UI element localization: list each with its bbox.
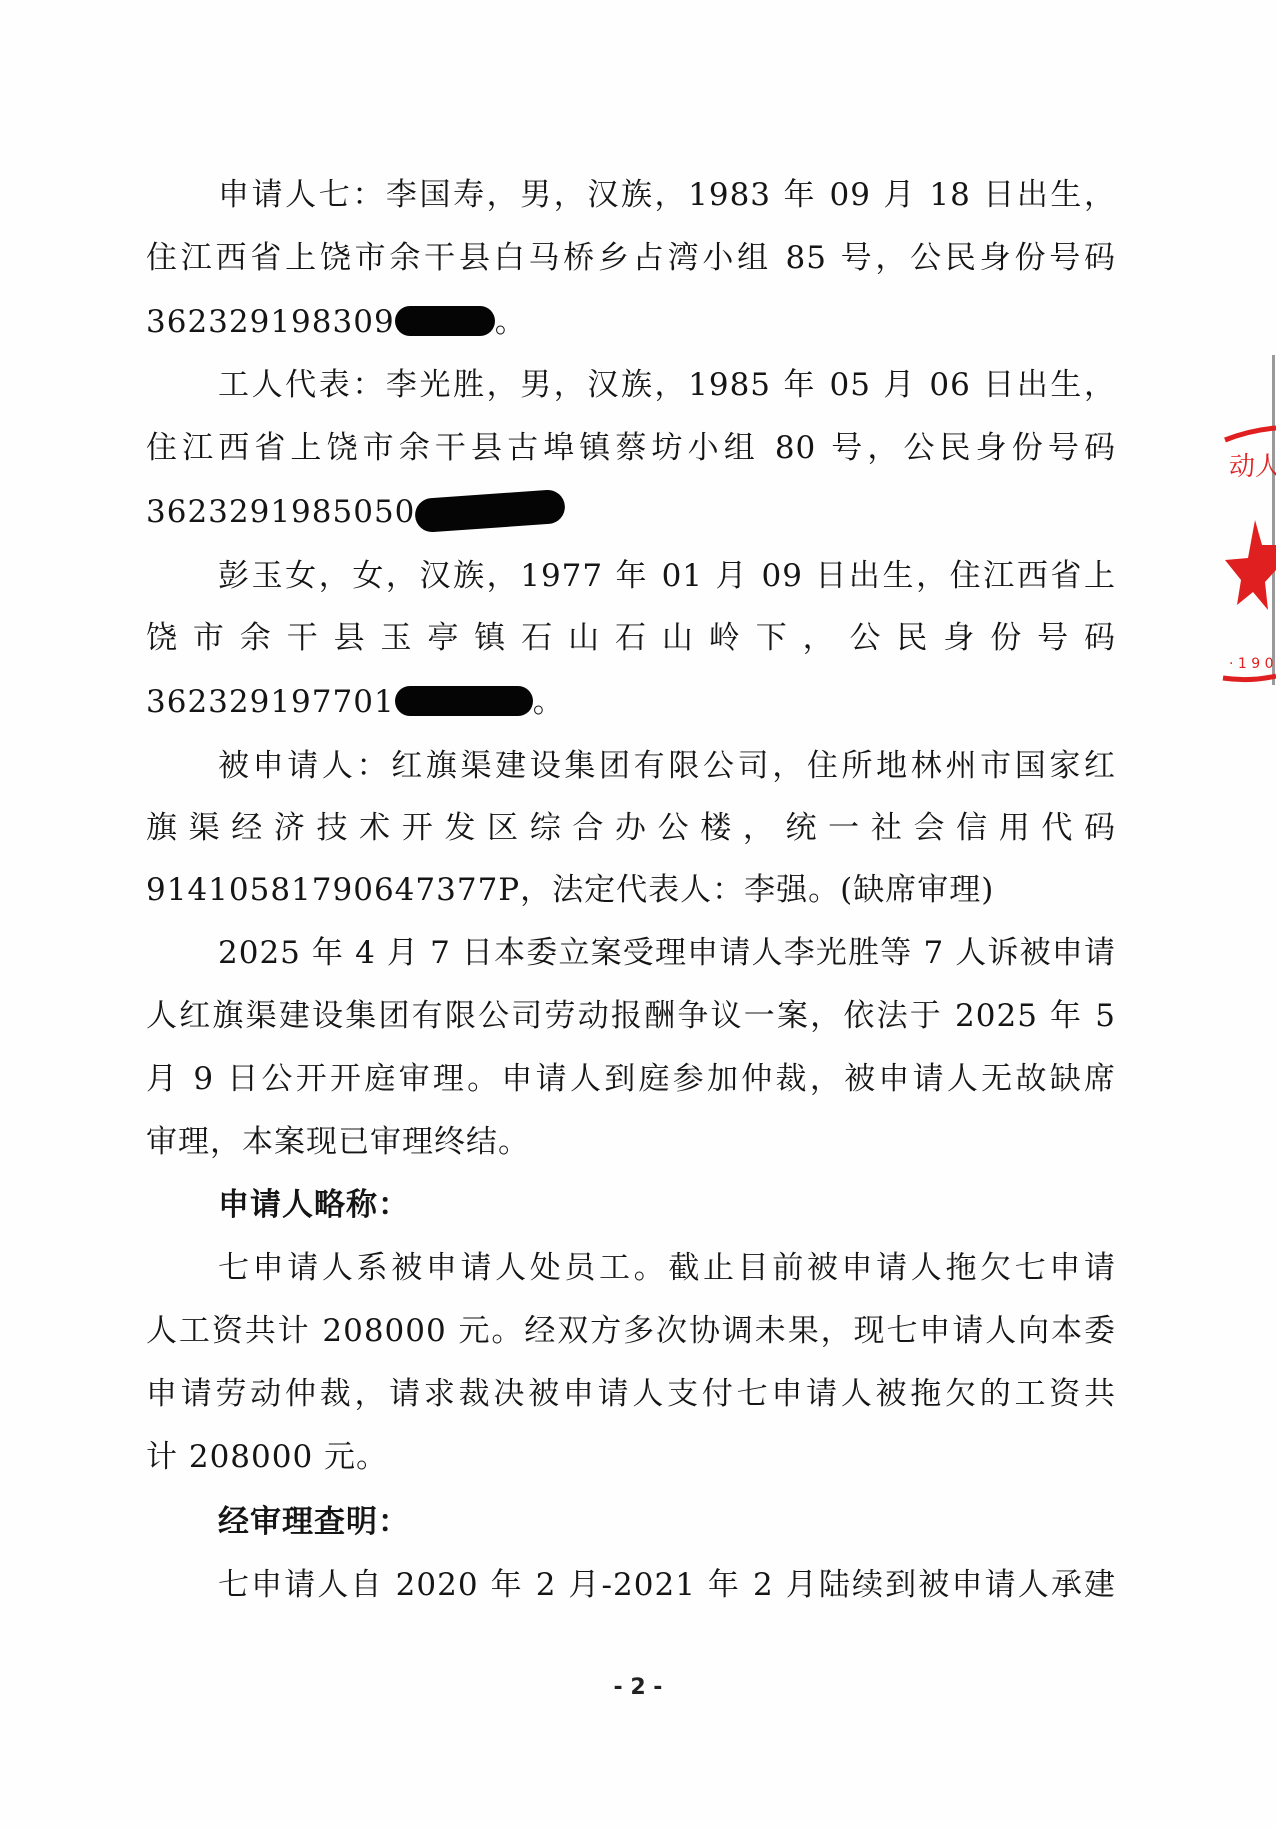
id-number-prefix: 362329197701 bbox=[146, 684, 395, 720]
peng-line2: 饶市余干县玉亭镇石山石山岭下，公民身份号码 bbox=[146, 613, 1116, 663]
applicant7-line1: 申请人七：李国寿，男，汉族，1983 年 09 月 18 日出生， bbox=[218, 170, 1116, 220]
respondent-line2: 旗渠经济技术开发区综合办公楼，统一社会信用代码 bbox=[146, 803, 1116, 853]
findings-line1: 七申请人自 2020 年 2 月-2021 年 2 月陆续到被申请人承建 bbox=[218, 1560, 1116, 1610]
id-number-prefix: 3623291985050 bbox=[146, 494, 415, 530]
worker-rep-line2: 住江西省上饶市余干县古埠镇蔡坊小组 80 号，公民身份号码 bbox=[146, 423, 1116, 473]
document-page: 申请人七：李国寿，男，汉族，1983 年 09 月 18 日出生， 住江西省上饶… bbox=[0, 0, 1276, 1828]
worker-rep-id-line: 3623291985050 bbox=[146, 487, 1116, 537]
case-intro-line1: 2025 年 4 月 7 日本委立案受理申请人李光胜等 7 人诉被申请 bbox=[218, 928, 1116, 978]
svg-text:· 1 9 0: · 1 9 0 bbox=[1229, 656, 1274, 672]
peng-line1: 彭玉女，女，汉族，1977 年 01 月 09 日出生，住江西省上 bbox=[218, 551, 1116, 601]
claims-line1: 七申请人系被申请人处员工。截止目前被申请人拖欠七申请 bbox=[218, 1243, 1116, 1293]
redaction-mark bbox=[395, 686, 533, 716]
claims-line3: 申请劳动仲裁，请求裁决被申请人支付七申请人被拖欠的工资共 bbox=[146, 1369, 1116, 1419]
applicant7-id-line: 362329198309。 bbox=[146, 297, 1116, 347]
line-end-punct: 。 bbox=[495, 304, 527, 340]
page-number: - 2 - bbox=[0, 1675, 1276, 1700]
findings-heading: 经审理查明： bbox=[218, 1497, 1116, 1547]
applicant7-line2: 住江西省上饶市余干县白马桥乡占湾小组 85 号，公民身份号码 bbox=[146, 233, 1116, 283]
respondent-line3: 91410581790647377P，法定代表人：李强。(缺席审理) bbox=[146, 865, 1116, 915]
claims-heading: 申请人略称： bbox=[218, 1180, 1116, 1230]
claims-line4: 计 208000 元。 bbox=[146, 1432, 1116, 1482]
redaction-mark bbox=[414, 488, 566, 532]
id-number-prefix: 362329198309 bbox=[146, 304, 395, 340]
respondent-line1: 被申请人：红旗渠建设集团有限公司，住所地林州市国家红 bbox=[218, 741, 1116, 791]
redaction-mark bbox=[395, 306, 495, 336]
red-seal-fragment-icon: 动人 · 1 9 0 bbox=[1215, 420, 1276, 690]
peng-id-line: 362329197701。 bbox=[146, 677, 1116, 727]
worker-rep-line1: 工人代表：李光胜，男，汉族，1985 年 05 月 06 日出生， bbox=[218, 360, 1116, 410]
claims-line2: 人工资共计 208000 元。经双方多次协调未果，现七申请人向本委 bbox=[146, 1306, 1116, 1356]
line-end-punct: 。 bbox=[533, 684, 565, 720]
case-intro-line3: 月 9 日公开开庭审理。申请人到庭参加仲裁，被申请人无故缺席 bbox=[146, 1054, 1116, 1104]
case-intro-line4: 审理，本案现已审理终结。 bbox=[146, 1117, 1116, 1167]
case-intro-line2: 人红旗渠建设集团有限公司劳动报酬争议一案，依法于 2025 年 5 bbox=[146, 991, 1116, 1041]
svg-text:动人: 动人 bbox=[1229, 452, 1276, 482]
